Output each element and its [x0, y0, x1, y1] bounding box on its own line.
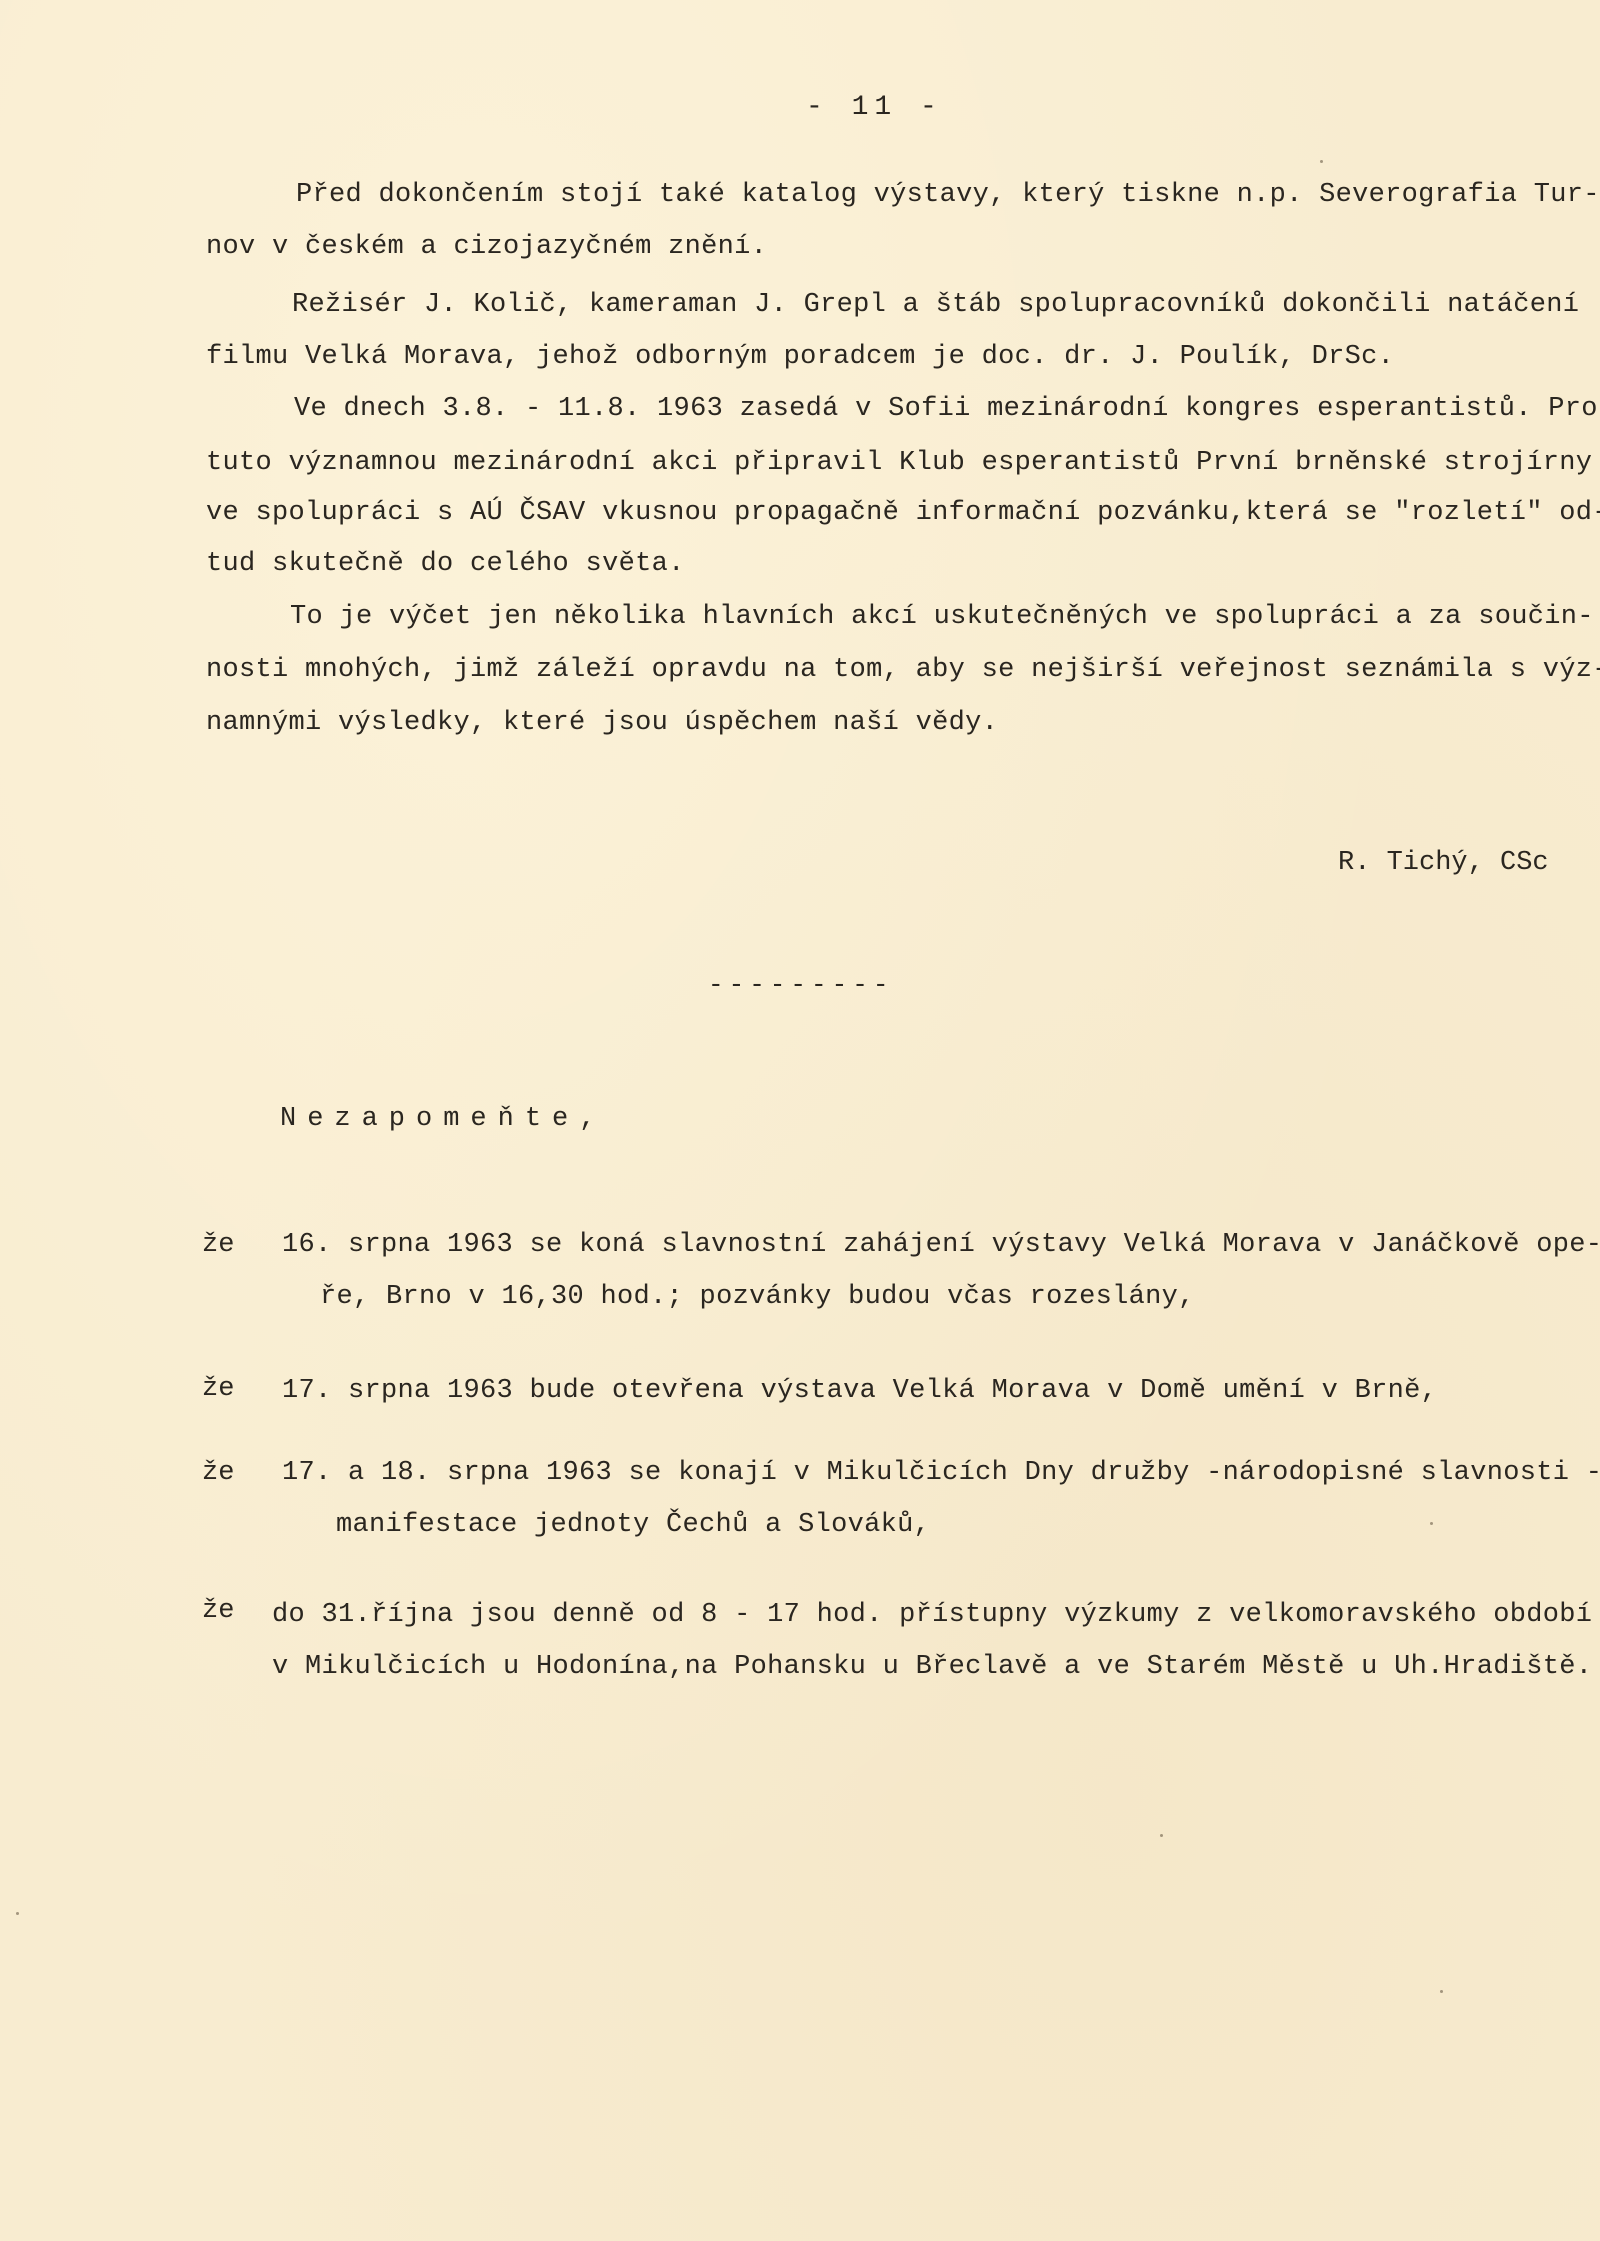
paragraph-line: Před dokončením stojí také katalog výsta… [296, 178, 1600, 212]
document-page: - 11 - Před dokončením stojí také katalo… [0, 0, 1600, 2241]
paragraph-line: nov v českém a cizojazyčném znění. [206, 230, 767, 264]
reminder-marker: že [202, 1594, 234, 1628]
reminder-line: do 31.října jsou denně od 8 - 17 hod. př… [272, 1598, 1592, 1632]
reminder-marker: že [202, 1456, 234, 1490]
author-signature: R. Tichý, CSc [1338, 848, 1549, 878]
reminder-line: 17. srpna 1963 bude otevřena výstava Vel… [282, 1374, 1437, 1408]
paragraph-line: Režisér J. Količ, kameraman J. Grepl a š… [292, 288, 1579, 322]
paragraph-line: Ve dnech 3.8. - 11.8. 1963 zasedá v Sofi… [294, 392, 1598, 426]
reminder-line: ře, Brno v 16,30 hod.; pozvánky budou vč… [320, 1280, 1195, 1314]
paper-speck [16, 1912, 19, 1915]
paragraph-line: tuto významnou mezinárodní akci připravi… [206, 446, 1592, 480]
reminder-heading: Nezapomeňte, [280, 1104, 606, 1134]
reminder-marker: že [202, 1372, 234, 1406]
paper-speck [1430, 1522, 1433, 1525]
paragraph-line: To je výčet jen několika hlavních akcí u… [290, 600, 1594, 634]
paragraph-line: ve spolupráci s AÚ ČSAV vkusnou propagač… [206, 496, 1600, 530]
paper-speck [1440, 1990, 1443, 1993]
paragraph-line: namnými výsledky, které jsou úspěchem na… [206, 706, 998, 740]
reminder-line: v Mikulčicích u Hodonína,na Pohansku u B… [272, 1650, 1592, 1684]
paragraph-line: nosti mnohých, jimž záleží opravdu na to… [206, 653, 1600, 687]
page-number: - 11 - [806, 92, 943, 123]
reminder-line: manifestace jednoty Čechů a Slováků, [336, 1508, 930, 1542]
paper-speck [1160, 1834, 1163, 1837]
paper-speck [1320, 160, 1323, 163]
paragraph-line: filmu Velká Morava, jehož odborným porad… [206, 340, 1394, 374]
reminder-line: 16. srpna 1963 se koná slavnostní zaháje… [282, 1228, 1600, 1262]
section-divider: --------- [708, 970, 893, 1000]
paragraph-line: tud skutečně do celého světa. [206, 547, 685, 581]
reminder-line: 17. a 18. srpna 1963 se konají v Mikulči… [282, 1456, 1600, 1490]
reminder-marker: že [202, 1228, 234, 1262]
